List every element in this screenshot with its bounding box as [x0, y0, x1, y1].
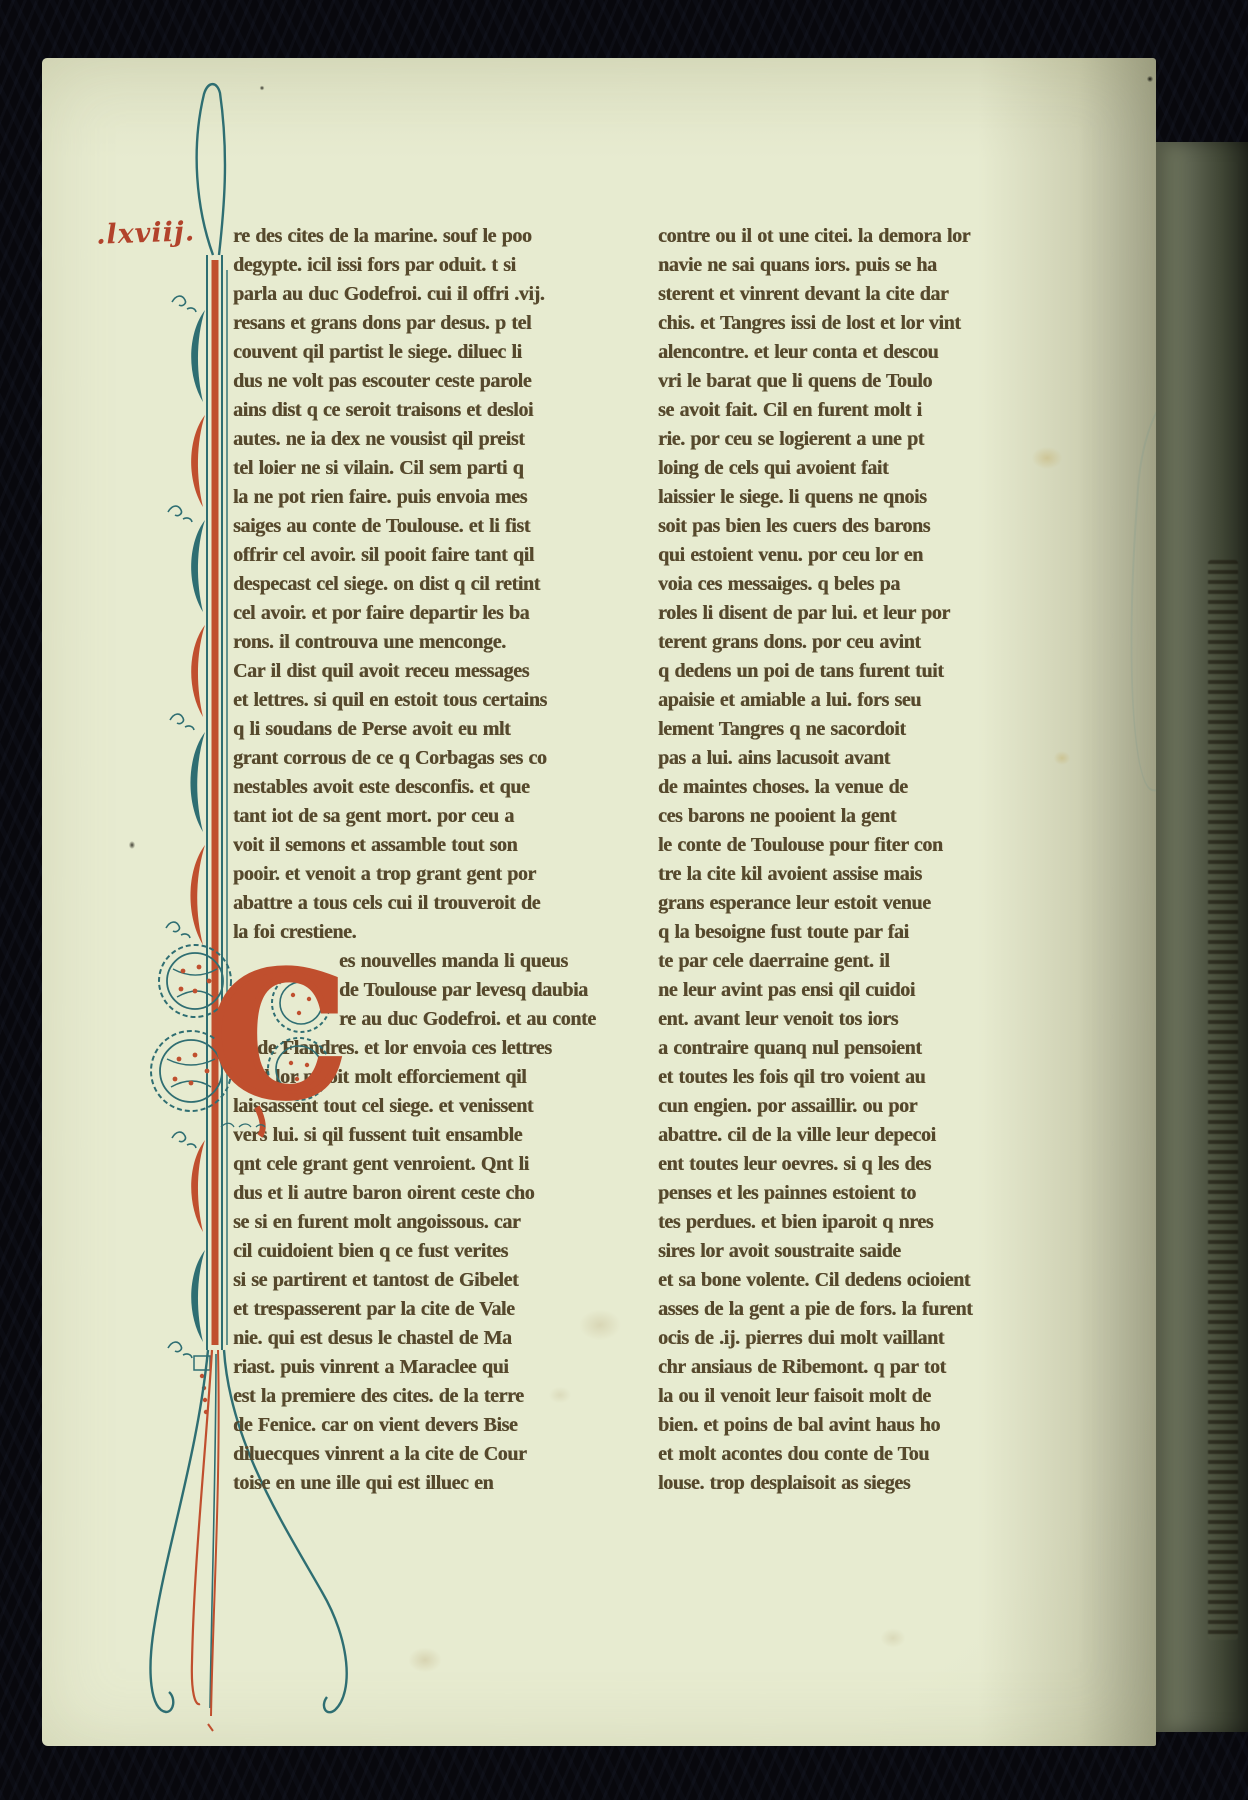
manuscript-text-line: te par cele daerraine gent. il — [658, 947, 1056, 976]
manuscript-text-line: cun engien. por assaillir. ou por — [658, 1092, 1056, 1121]
manuscript-text-line: se si en furent molt angoissous. car — [233, 1208, 631, 1237]
manuscript-text-line: nestables avoit este desconfis. et que — [233, 773, 631, 802]
manuscript-text-line: parla au duc Godefroi. cui il offri .vij… — [233, 280, 631, 309]
manuscript-text-line: offrir cel avoir. sil pooit faire tant q… — [233, 541, 631, 570]
manuscript-text-line: et sa bone volente. Cil dedens ocioient — [658, 1266, 1056, 1295]
manuscript-text-line: et molt acontes dou conte de Tou — [658, 1440, 1056, 1469]
manuscript-text-line: est la premiere des cites. de la terre — [233, 1382, 631, 1411]
manuscript-text-line: grans esperance leur estoit venue — [658, 889, 1056, 918]
manuscript-text-line: laissier le siege. li quens ne qnois — [658, 483, 1056, 512]
illuminated-initial-row: C es nouvelles manda li queusde Toulouse… — [233, 947, 631, 1063]
manuscript-text-line: asses de la gent a pie de fors. la furen… — [658, 1295, 1056, 1324]
manuscript-text-line: alencontre. et leur conta et descou — [658, 338, 1056, 367]
manuscript-text-line: et trespasserent par la cite de Vale — [233, 1295, 631, 1324]
manuscript-text-line: se avoit fait. Cil en furent molt i — [658, 396, 1056, 425]
manuscript-text-line: rons. il controuva une menconge. — [233, 628, 631, 657]
manuscript-text-line: et lettres. si quil en estoit tous certa… — [233, 686, 631, 715]
manuscript-text-line: pooir. et venoit a trop grant gent por — [233, 860, 631, 889]
manuscript-text-line: loing de cels qui avoient fait — [658, 454, 1056, 483]
manuscript-text-line: cel avoir. et por faire departir les ba — [233, 599, 631, 628]
next-folio-text-bleed — [1208, 560, 1238, 1640]
manuscript-text-line: la ne pot rien faire. puis envoia mes — [233, 483, 631, 512]
manuscript-text-line: de maintes choses. la venue de — [658, 773, 1056, 802]
manuscript-text-line: terent grans dons. por ceu avint — [658, 628, 1056, 657]
manuscript-text-line: bien. et poins de bal avint haus ho — [658, 1411, 1056, 1440]
manuscript-text-line: degypte. icil issi fors par oduit. t si — [233, 251, 631, 280]
manuscript-text-line: grant corrous de ce q Corbagas ses co — [233, 744, 631, 773]
manuscript-page: .lxviij. — [42, 58, 1156, 1746]
manuscript-text-line: tant iot de sa gent mort. por ceu a — [233, 802, 631, 831]
text-column-right: contre ou il ot une citei. la demora lor… — [658, 222, 1056, 1498]
manuscript-text-line: riast. puis vinrent a Maraclee qui — [233, 1353, 631, 1382]
next-folio-edge — [1156, 142, 1248, 1732]
manuscript-text-line: lement Tangres q ne sacordoit — [658, 715, 1056, 744]
manuscript-text-line: ocis de .ij. pierres dui molt vaillant — [658, 1324, 1056, 1353]
manuscript-text-line: ne leur avint pas ensi qil cuidoi — [658, 976, 1056, 1005]
manuscript-text-line: roles li disent de par lui. et leur por — [658, 599, 1056, 628]
manuscript-text-line: abattre. cil de la ville leur depecoi — [658, 1121, 1056, 1150]
manuscript-text-line: chis. et Tangres issi de lost et lor vin… — [658, 309, 1056, 338]
manuscript-text-line: vri le barat que li quens de Toulo — [658, 367, 1056, 396]
vertical-bar — [207, 255, 227, 1350]
manuscript-text-line: tre la cite kil avoient assise mais — [658, 860, 1056, 889]
manuscript-text-line: ent. avant leur venoit tos iors — [658, 1005, 1056, 1034]
manuscript-text-line: soit pas bien les cuers des barons — [658, 512, 1056, 541]
manuscript-text-line: pas a lui. ains lacusoit avant — [658, 744, 1056, 773]
manuscript-text-line: a contraire quanq nul pensoient — [658, 1034, 1056, 1063]
manuscript-text-line: voit il semons et assamble tout son — [233, 831, 631, 860]
manuscript-text-line: navie ne sai quans iors. puis se ha — [658, 251, 1056, 280]
manuscript-text-line: dus ne volt pas escouter ceste parole — [233, 367, 631, 396]
manuscript-text-line: louse. trop desplaisoit as sieges — [658, 1469, 1056, 1498]
manuscript-text-line: ains dist q ce seroit traisons et desloi — [233, 396, 631, 425]
manuscript-text-line: de Fenice. car on vient devers Bise — [233, 1411, 631, 1440]
manuscript-text-line: tel loier ne si vilain. Cil sem parti q — [233, 454, 631, 483]
manuscript-text-line: cil cuidoient bien q ce fust verites — [233, 1237, 631, 1266]
initial-letter-C: C — [211, 936, 346, 1136]
text-column-left: re des cites de la marine. souf le poode… — [233, 222, 631, 1498]
manuscript-text-line: autes. ne ia dex ne vousist qil preist — [233, 425, 631, 454]
manuscript-text-line: dus et li autre baron oirent ceste cho — [233, 1179, 631, 1208]
manuscript-text-line: qnt cele grant gent venroient. Qnt li — [233, 1150, 631, 1179]
manuscript-text-line: et toutes les fois qil tro voient au — [658, 1063, 1056, 1092]
manuscript-text-line: saiges au conte de Toulouse. et li fist — [233, 512, 631, 541]
manuscript-text-line: chr ansiaus de Ribemont. q par tot — [658, 1353, 1056, 1382]
manuscript-text-line: q dedens un poi de tans furent tuit — [658, 657, 1056, 686]
manuscript-text-line: si se partirent et tantost de Gibelet — [233, 1266, 631, 1295]
manuscript-text-line: qui estoient venu. por ceu lor en — [658, 541, 1056, 570]
manuscript-text-line: despecast cel siege. on dist q cil retin… — [233, 570, 631, 599]
manuscript-text-line: resans et grans dons par desus. p tel — [233, 309, 631, 338]
svg-text:C: C — [211, 936, 346, 1136]
manuscript-text-line: contre ou il ot une citei. la demora lor — [658, 222, 1056, 251]
manuscript-text-line: sires lor avoit soustraite saide — [658, 1237, 1056, 1266]
manuscript-text-line: toise en une ille qui est illuec en — [233, 1469, 631, 1498]
paragraph-1: re des cites de la marine. souf le poode… — [233, 222, 631, 947]
manuscript-text-line: q li soudans de Perse avoit eu mlt — [233, 715, 631, 744]
manuscript-text-line: tes perdues. et bien iparoit q nres — [658, 1208, 1056, 1237]
ivy-leaves — [190, 310, 205, 1342]
manuscript-text-line: rie. por ceu se logierent a une pt — [658, 425, 1056, 454]
manuscript-text-line: la ou il venoit leur faisoit molt de — [658, 1382, 1056, 1411]
manuscript-text-line: sterent et vinrent devant la cite dar — [658, 280, 1056, 309]
manuscript-text-line: abattre a tous cels cui il trouveroit de — [233, 889, 631, 918]
top-loop-flourish — [197, 84, 225, 255]
illuminated-initial: C — [133, 931, 373, 1136]
manuscript-text-line: diluecques vinrent a la cite de Cour — [233, 1440, 631, 1469]
manuscript-text-line: ent toutes leur oevres. si q les des — [658, 1150, 1056, 1179]
manuscript-text-line: voia ces messaiges. q beles pa — [658, 570, 1056, 599]
manuscript-text-line: nie. qui est desus le chastel de Ma — [233, 1324, 631, 1353]
manuscript-text-line: re des cites de la marine. souf le poo — [233, 222, 631, 251]
manuscript-text-line: penses et les painnes estoient to — [658, 1179, 1056, 1208]
manuscript-text-line: Car il dist quil avoit receu messages — [233, 657, 631, 686]
manuscript-text-line: le conte de Toulouse pour fiter con — [658, 831, 1056, 860]
manuscript-text-line: couvent qil partist le siege. diluec li — [233, 338, 631, 367]
manuscript-text-line: ces barons ne pooient la gent — [658, 802, 1056, 831]
right-column-text: contre ou il ot une citei. la demora lor… — [658, 222, 1056, 1498]
manuscript-text-line: apaisie et amiable a lui. fors seu — [658, 686, 1056, 715]
manuscript-text-line: q la besoigne fust toute par fai — [658, 918, 1056, 947]
